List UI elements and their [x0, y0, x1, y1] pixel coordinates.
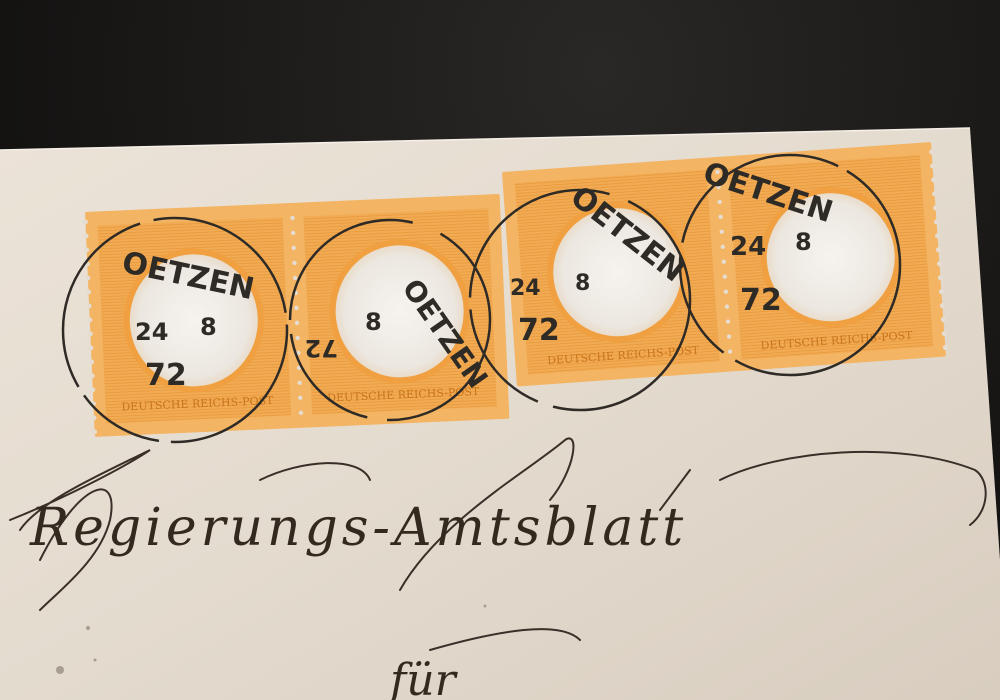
handwriting-line-2: für — [387, 655, 459, 700]
postmark-1-month: 8 — [200, 313, 217, 341]
postmark-2-year: 72 — [305, 334, 338, 362]
envelope-illustration: DEUTSCHE REICHS-POST DEUTSCHE REICHS-POS… — [0, 0, 1000, 700]
postmark-3-day: 24 — [510, 276, 541, 301]
postmark-3-month: 8 — [575, 271, 590, 296]
postmark-3-year: 72 — [518, 313, 560, 348]
postmark-4-month: 8 — [795, 228, 812, 256]
postmark-2-month: 8 — [365, 308, 382, 336]
postmark-1-year: 72 — [145, 358, 187, 393]
handwriting-line-1: Regierungs-Amtsblatt — [29, 498, 687, 558]
postmark-1-day: 24 — [135, 318, 168, 346]
postmark-4-year: 72 — [740, 283, 782, 318]
postmark-4-day: 24 — [730, 232, 766, 262]
photo-scene: DEUTSCHE REICHS-POST DEUTSCHE REICHS-POS… — [0, 0, 1000, 700]
